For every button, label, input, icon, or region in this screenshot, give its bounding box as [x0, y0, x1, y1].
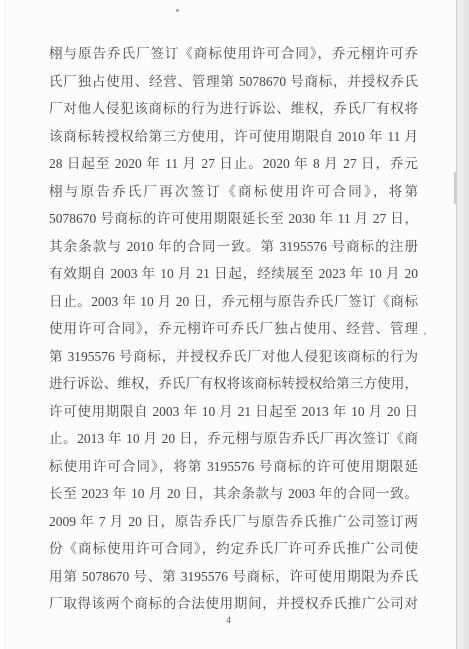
- text-line: 5078670 号商标的许可使用期限延长至 2030 年 11 月 27 日，: [49, 205, 418, 233]
- text-line: 2009 年 7 月 20 日，原告乔氏厂与原告乔氏推广公司签订两: [49, 508, 418, 536]
- text-line: 长至 2023 年 10 月 20 日，其余条款与 2003 年的合同一致。: [49, 480, 418, 508]
- text-line: 止。2013 年 10 月 20 日，乔元栩与原告乔氏厂再次签订《商: [49, 425, 418, 453]
- page-number: 4: [0, 615, 457, 628]
- document-page: 栩与原告乔氏厂签订《商标使用许可合同》，乔元栩许可乔 氏厂独占使用、经营、管理第…: [0, 0, 457, 649]
- text-line: 厂取得该两个商标的合法使用期间，并授权乔氏推广公司对: [49, 590, 418, 618]
- text-line: 进行诉讼、维权，乔氏厂有权将该商标转授权给第三方使用，: [49, 370, 418, 398]
- text-line: 标使用许可合同》，将第 3195576 号商标的许可使用期限延: [49, 453, 418, 481]
- text-line: 用第 5078670 号、第 3195576 号商标，许可使用期限为乔氏: [49, 563, 418, 591]
- text-line: 栩与原告乔氏厂签订《商标使用许可合同》，乔元栩许可乔: [49, 40, 418, 68]
- page-edge-shadow: [454, 172, 456, 204]
- text-line: 28 日起至 2020 年 11 月 27 日止。2020 年 8 月 27 日…: [49, 150, 418, 178]
- scanned-document: 栩与原告乔氏厂签订《商标使用许可合同》，乔元栩许可乔 氏厂独占使用、经营、管理第…: [0, 0, 469, 649]
- text-line: 栩与原告乔氏厂再次签订《商标使用许可合同》，将第: [49, 178, 418, 206]
- text-line: 份《商标使用许可合同》，约定乔氏厂许可乔氏推广公司使: [49, 535, 418, 563]
- text-line: 许可使用期限自 2003 年 10 月 21 日起至 2013 年 10 月 2…: [49, 398, 418, 426]
- text-line: 氏厂独占使用、经营、管理第 5078670 号商标，并授权乔氏: [49, 68, 418, 96]
- text-line: 日止。2003 年 10 月 20 日，乔元栩与原告乔氏厂签订《商标: [49, 288, 418, 316]
- text-line: 有效期自 2003 年 10 月 21 日起，经续展至 2023 年 10 月 …: [49, 260, 418, 288]
- scan-speck: [176, 9, 179, 12]
- text-line: 其余条款与 2010 年的合同一致。第 3195576 号商标的注册: [49, 233, 418, 261]
- scan-right-gutter: [457, 0, 469, 649]
- text-line: 第 3195576 号商标，并授权乔氏厂对他人侵犯该商标的行为: [49, 343, 418, 371]
- text-line: 厂对他人侵犯该商标的行为进行诉讼、维权，乔氏厂有权将: [49, 95, 418, 123]
- body-text: 栩与原告乔氏厂签订《商标使用许可合同》，乔元栩许可乔 氏厂独占使用、经营、管理第…: [49, 40, 418, 618]
- page-left-edge: [5, 0, 6, 649]
- text-line: 使用许可合同》，乔元栩许可乔氏厂独占使用、经营、管理: [49, 315, 418, 343]
- text-line: 该商标转授权给第三方使用，许可使用期限自 2010 年 11 月: [49, 123, 418, 151]
- scan-speck: [424, 332, 426, 335]
